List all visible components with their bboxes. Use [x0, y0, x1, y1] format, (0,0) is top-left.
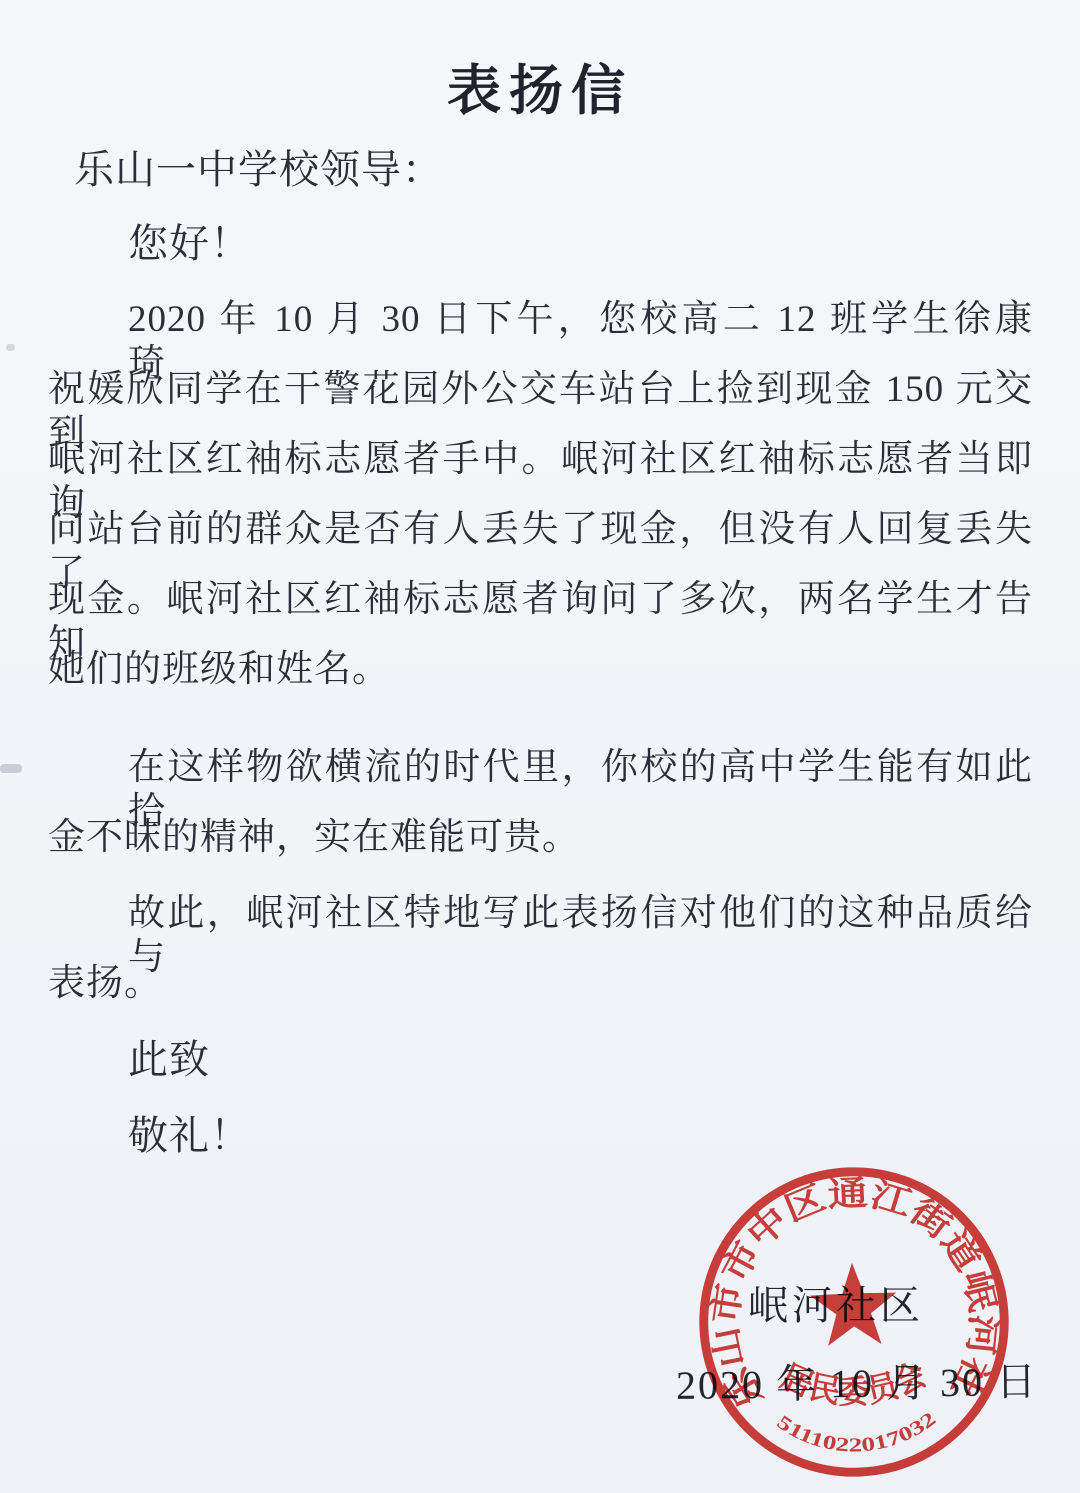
seal-inner-text: 居民委员会 — [774, 1353, 933, 1414]
salutation-line: 乐山一中学校领导： — [74, 146, 1059, 194]
scan-artifact — [0, 764, 22, 773]
paragraph3-line2: 表扬。 — [48, 962, 1033, 1006]
seal-star-icon — [809, 1261, 898, 1346]
official-seal: 乐山市市中区通江街道岷河社区 居民委员会 5111022017032 — [680, 1148, 1028, 1493]
seal-code: 5111022017032 — [772, 1406, 941, 1460]
letter-title: 表扬信 — [0, 48, 1080, 125]
scan-artifact — [6, 344, 15, 351]
letter-page: 表扬信 乐山一中学校领导： 您好！ 2020 年 10 月 30 日下午，您校高… — [0, 0, 1080, 1493]
paragraph2-line2: 金不昧的精神，实在难能可贵。 — [48, 816, 1033, 860]
seal-graphic: 乐山市市中区通江街道岷河社区 居民委员会 5111022017032 — [680, 1148, 1009, 1478]
paragraph1-line6: 她们的班级和姓名。 — [48, 648, 1033, 692]
greeting-line: 您好！ — [128, 220, 1080, 268]
closing-zhici: 此致 — [128, 1036, 1080, 1084]
